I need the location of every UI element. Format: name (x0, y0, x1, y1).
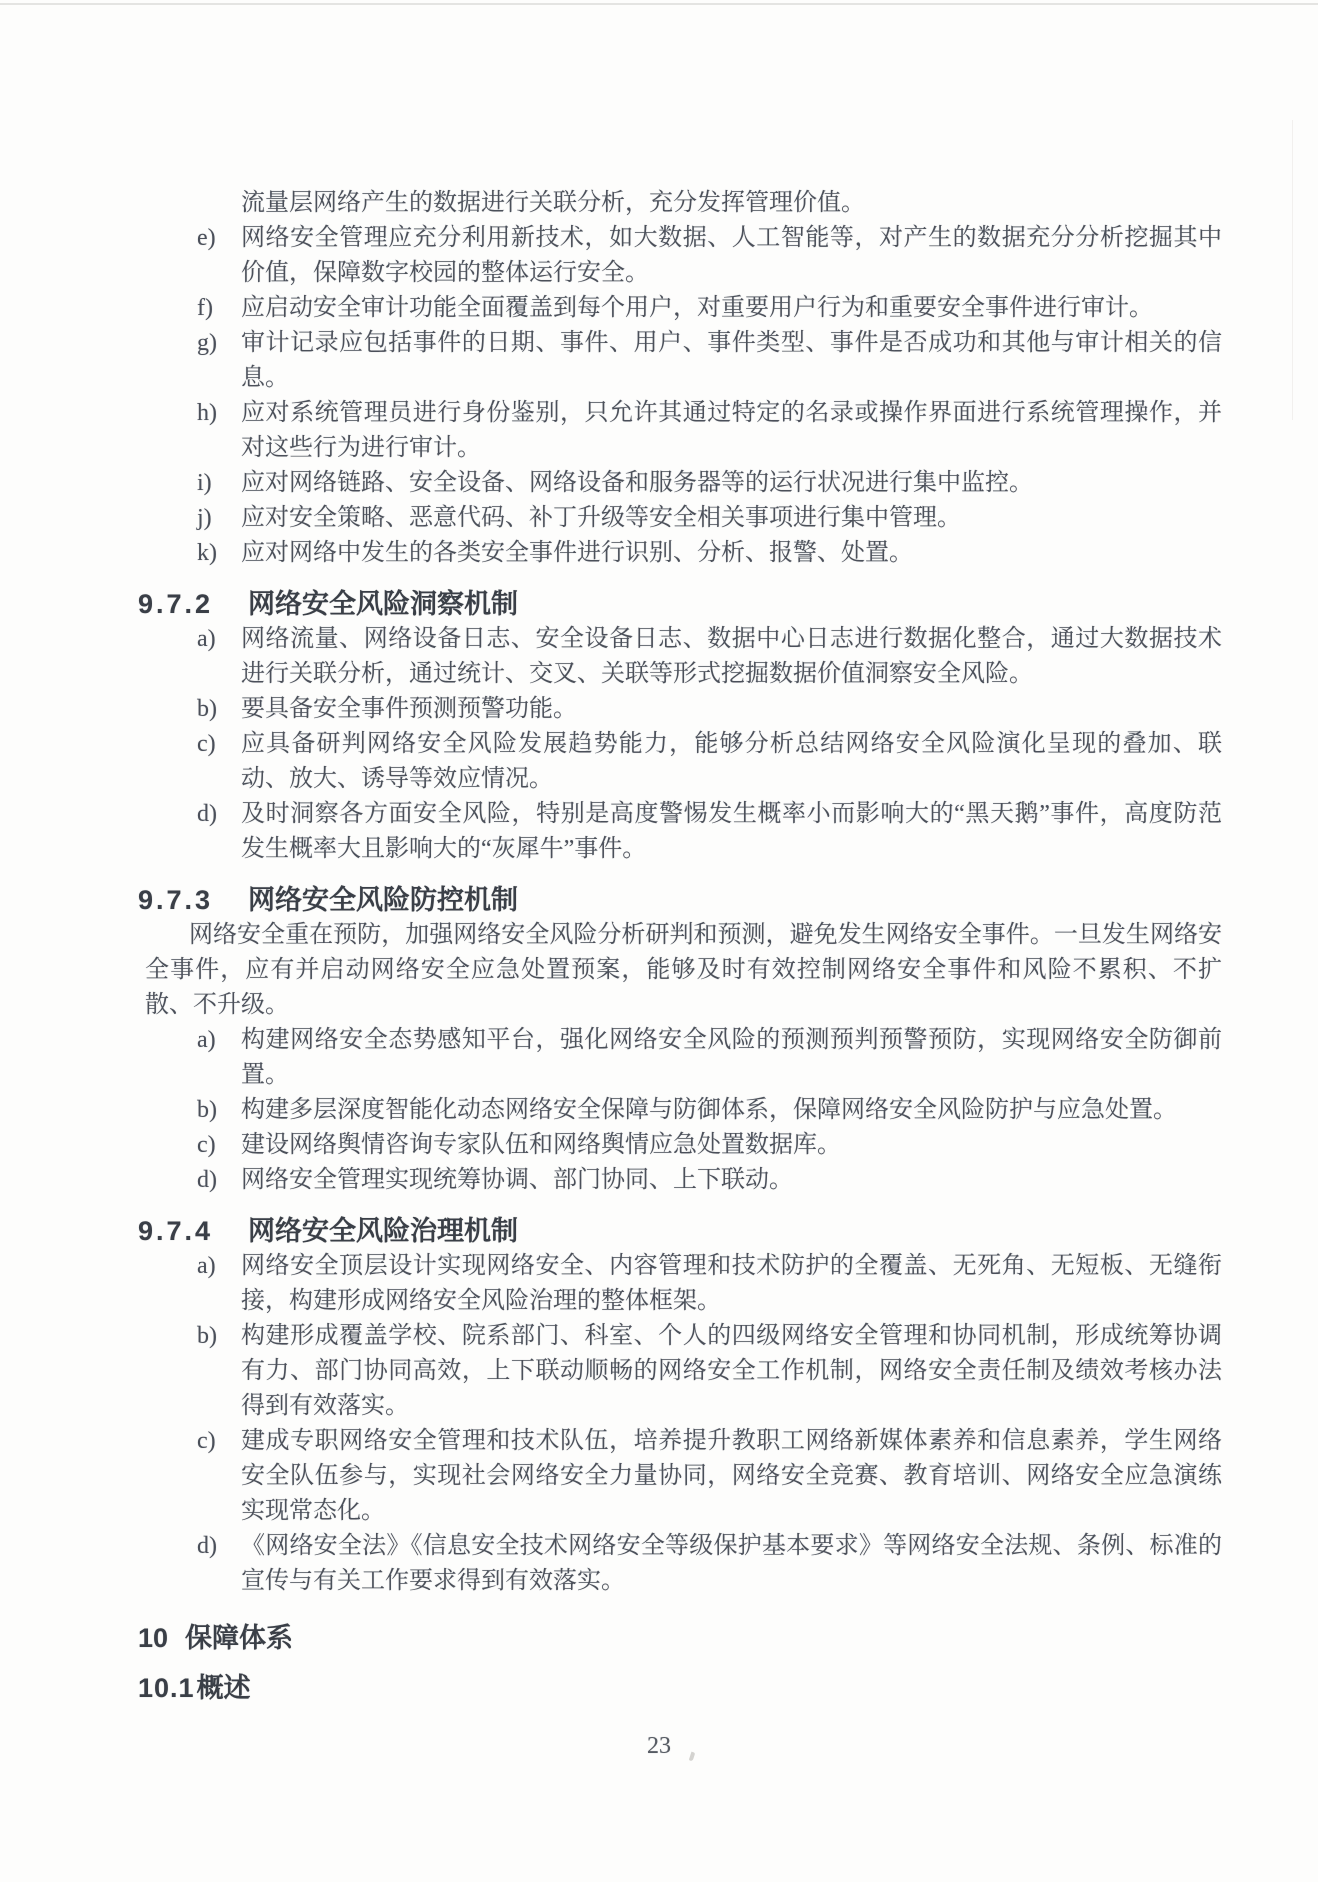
list-item-text: 应启动安全审计功能全面覆盖到每个用户，对重要用户行为和重要安全事件进行审计。 (241, 295, 1153, 321)
list-item: d)网络安全管理实现统筹协调、部门协同、上下联动。 (145, 1163, 1222, 1198)
list-item-letter: h) (197, 396, 217, 431)
list-item: a)构建网络安全态势感知平台，强化网络安全风险的预测预判预警预防，实现网络安全防… (145, 1023, 1222, 1093)
list-item-text: 及时洞察各方面安全风险，特别是高度警惕发生概率小而影响大的“黑天鹅”事件，高度防… (241, 801, 1222, 862)
list-item-text: 应对网络链路、安全设备、网络设备和服务器等的运行状况进行集中监控。 (241, 470, 1033, 496)
list-item: b)要具备安全事件预测预警功能。 (145, 692, 1222, 727)
list-item: k)应对网络中发生的各类安全事件进行识别、分析、报警、处置。 (145, 536, 1222, 571)
section-title: 网络安全风险防控机制 (248, 883, 518, 918)
section-heading-9-7-3: 9.7.3网络安全风险防控机制 (138, 883, 1222, 918)
list-item-letter: i) (197, 466, 212, 501)
list-item: e)网络安全管理应充分利用新技术，如大数据、人工智能等，对产生的数据充分分析挖掘… (145, 221, 1222, 291)
list-item-text: 《网络安全法》《信息安全技术网络安全等级保护基本要求》等网络安全法规、条例、标准… (241, 1533, 1222, 1594)
list-item-letter: c) (197, 1424, 216, 1459)
scan-artifact-top-line (0, 3, 1318, 5)
body-paragraph: 网络安全重在预防，加强网络安全风险分析研判和预测，避免发生网络安全事件。一旦发生… (145, 918, 1222, 1023)
list-item: a)网络安全顶层设计实现网络安全、内容管理和技术防护的全覆盖、无死角、无短板、无… (145, 1249, 1222, 1319)
list-item-text: 构建多层深度智能化动态网络安全保障与防御体系，保障网络安全风险防护与应急处置。 (241, 1097, 1177, 1123)
list-item-letter: b) (197, 1093, 217, 1128)
list-item-letter: a) (197, 622, 216, 657)
list-item-text: 网络流量、网络设备日志、安全设备日志、数据中心日志进行数据化整合，通过大数据技术… (241, 626, 1222, 687)
list-item-letter: k) (197, 536, 217, 571)
list-item: d)《网络安全法》《信息安全技术网络安全等级保护基本要求》等网络安全法规、条例、… (145, 1529, 1222, 1599)
page-footer: 23 (0, 1731, 1318, 1761)
list-item-text: 建成专职网络安全管理和技术队伍，培养提升教职工网络新媒体素养和信息素养，学生网络… (241, 1428, 1222, 1524)
list-item-letter: b) (197, 692, 217, 727)
section-number: 9.7.2 (138, 587, 248, 622)
lettered-list: a)网络流量、网络设备日志、安全设备日志、数据中心日志进行数据化整合，通过大数据… (145, 622, 1222, 867)
list-item-letter: f) (197, 291, 213, 326)
list-item: b)构建多层深度智能化动态网络安全保障与防御体系，保障网络安全风险防护与应急处置… (145, 1093, 1222, 1128)
page-number: 23 (647, 1733, 671, 1759)
list-item: c)应具备研判网络安全风险发展趋势能力，能够分析总结网络安全风险演化呈现的叠加、… (145, 727, 1222, 797)
section-title: 网络安全风险治理机制 (248, 1214, 518, 1249)
list-item-letter: a) (197, 1249, 216, 1284)
lettered-list: a)网络安全顶层设计实现网络安全、内容管理和技术防护的全覆盖、无死角、无短板、无… (145, 1249, 1222, 1599)
document-content: 流量层网络产生的数据进行关联分析，充分发挥管理价值。e)网络安全管理应充分利用新… (0, 0, 1318, 1706)
section-title: 概述 (197, 1671, 251, 1706)
list-item-text: 应对系统管理员进行身份鉴别，只允许其通过特定的名录或操作界面进行系统管理操作，并… (241, 400, 1222, 461)
section-heading-10: 10保障体系 (138, 1621, 1222, 1656)
list-item-text: 应对安全策略、恶意代码、补丁升级等安全相关事项进行集中管理。 (241, 505, 961, 531)
lettered-list: a)构建网络安全态势感知平台，强化网络安全风险的预测预判预警预防，实现网络安全防… (145, 1023, 1222, 1198)
list-item-letter: d) (197, 1529, 217, 1564)
list-item-text: 构建形成覆盖学校、院系部门、科室、个人的四级网络安全管理和协同机制，形成统筹协调… (241, 1323, 1222, 1419)
list-item: f)应启动安全审计功能全面覆盖到每个用户，对重要用户行为和重要安全事件进行审计。 (145, 291, 1222, 326)
list-item: b)构建形成覆盖学校、院系部门、科室、个人的四级网络安全管理和协同机制，形成统筹… (145, 1319, 1222, 1424)
document-page: 流量层网络产生的数据进行关联分析，充分发挥管理价值。e)网络安全管理应充分利用新… (0, 0, 1318, 1882)
section-number: 9.7.4 (138, 1214, 248, 1249)
section-number: 9.7.3 (138, 883, 248, 918)
list-item-letter: c) (197, 1128, 216, 1163)
list-item-text: 应具备研判网络安全风险发展趋势能力，能够分析总结网络安全风险演化呈现的叠加、联动… (241, 731, 1222, 792)
section-title: 网络安全风险洞察机制 (248, 587, 518, 622)
list-item-letter: g) (197, 326, 217, 361)
list-item-text: 审计记录应包括事件的日期、事件、用户、事件类型、事件是否成功和其他与审计相关的信… (241, 330, 1222, 391)
list-item-letter: d) (197, 1163, 217, 1198)
section-heading-9-7-4: 9.7.4网络安全风险治理机制 (138, 1214, 1222, 1249)
section-title: 保障体系 (185, 1621, 293, 1656)
list-item: i)应对网络链路、安全设备、网络设备和服务器等的运行状况进行集中监控。 (145, 466, 1222, 501)
list-item-letter: b) (197, 1319, 217, 1354)
list-item: j)应对安全策略、恶意代码、补丁升级等安全相关事项进行集中管理。 (145, 501, 1222, 536)
list-item: c)建成专职网络安全管理和技术队伍，培养提升教职工网络新媒体素养和信息素养，学生… (145, 1424, 1222, 1529)
list-item: c)建设网络舆情咨询专家队伍和网络舆情应急处置数据库。 (145, 1128, 1222, 1163)
section-number: 10 (138, 1621, 185, 1656)
list-item-text: 建设网络舆情咨询专家队伍和网络舆情应急处置数据库。 (241, 1132, 841, 1158)
list-item-text: 网络安全管理应充分利用新技术，如大数据、人工智能等，对产生的数据充分分析挖掘其中… (241, 225, 1222, 286)
list-item-text: 网络安全顶层设计实现网络安全、内容管理和技术防护的全覆盖、无死角、无短板、无缝衔… (241, 1253, 1222, 1314)
list-item-text: 网络安全管理实现统筹协调、部门协同、上下联动。 (241, 1167, 793, 1193)
list-item-letter: j) (197, 501, 212, 536)
list-item-letter: e) (197, 221, 216, 256)
list-item-text: 应对网络中发生的各类安全事件进行识别、分析、报警、处置。 (241, 540, 913, 566)
list-item-text: 构建网络安全态势感知平台，强化网络安全风险的预测预判预警预防，实现网络安全防御前… (241, 1027, 1222, 1088)
list-item: g)审计记录应包括事件的日期、事件、用户、事件类型、事件是否成功和其他与审计相关… (145, 326, 1222, 396)
scan-artifact-right-line (1292, 120, 1293, 420)
list-item: a)网络流量、网络设备日志、安全设备日志、数据中心日志进行数据化整合，通过大数据… (145, 622, 1222, 692)
section-number: 10.1 (138, 1671, 195, 1706)
continuation-line: 流量层网络产生的数据进行关联分析，充分发挥管理价值。 (145, 186, 1222, 221)
list-item: d)及时洞察各方面安全风险，特别是高度警惕发生概率小而影响大的“黑天鹅”事件，高… (145, 797, 1222, 867)
list-item-letter: d) (197, 797, 217, 832)
list-item: h)应对系统管理员进行身份鉴别，只允许其通过特定的名录或操作界面进行系统管理操作… (145, 396, 1222, 466)
section-heading-9-7-2: 9.7.2网络安全风险洞察机制 (138, 587, 1222, 622)
section-heading-10-1: 10.1概述 (138, 1671, 1222, 1706)
lettered-list: e)网络安全管理应充分利用新技术，如大数据、人工智能等，对产生的数据充分分析挖掘… (145, 221, 1222, 571)
list-item-letter: c) (197, 727, 216, 762)
list-item-letter: a) (197, 1023, 216, 1058)
list-item-text: 要具备安全事件预测预警功能。 (241, 696, 577, 722)
